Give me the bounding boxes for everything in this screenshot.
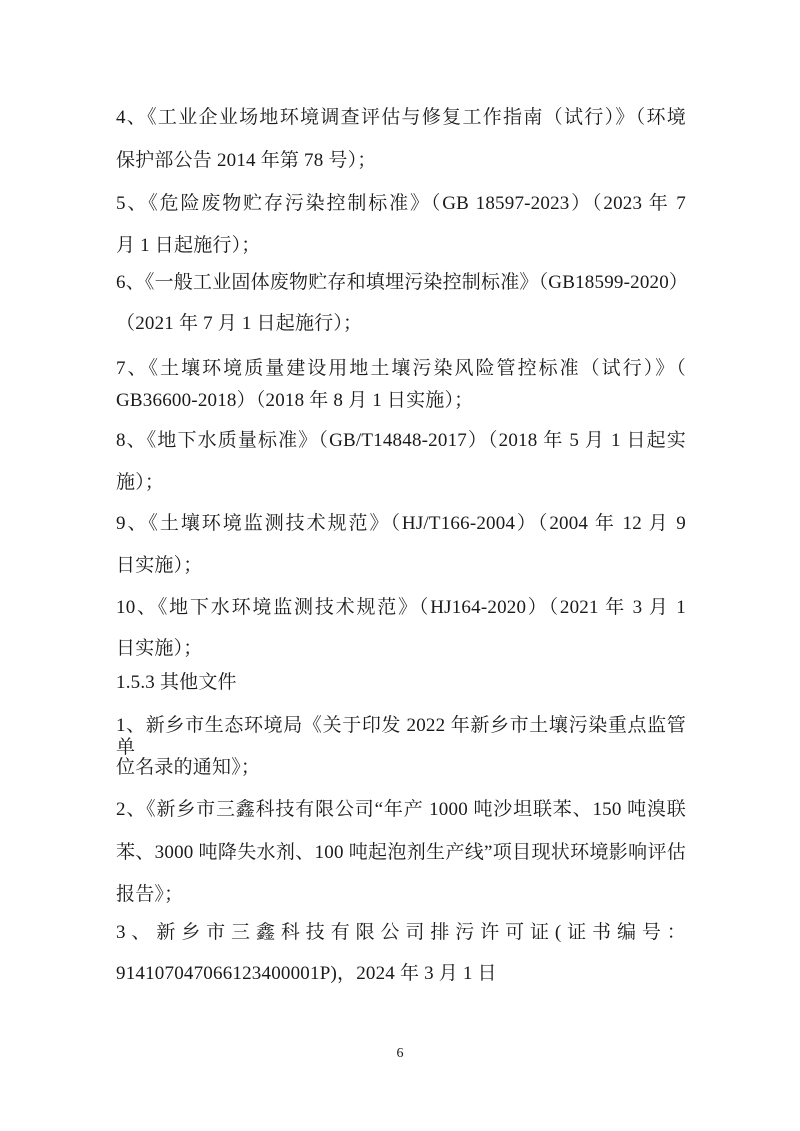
document-line: （2021 年 7 月 1 日起施行）；	[116, 313, 686, 335]
page-number: 6	[0, 1046, 800, 1062]
document-line: 3、新乡市三鑫科技有限公司排污许可证(证书编号：	[116, 922, 686, 944]
document-line: 1.5.3 其他文件	[116, 672, 686, 694]
document-line: 10、《地下水环境监测技术规范》（HJ164-2020）（2021 年 3 月 …	[116, 597, 686, 619]
document-line: 位名录的通知》；	[116, 757, 686, 779]
document-line: 9、《土壤环境监测技术规范》（HJ/T166-2004）（2004 年 12 月…	[116, 513, 686, 535]
document-page: 4、《工业企业场地环境调查评估与修复工作指南（试行）》（环境保护部公告 2014…	[0, 0, 800, 1131]
document-line: 报告》；	[116, 884, 686, 906]
document-line: GB36600-2018）（2018 年 8 月 1 日实施）；	[116, 390, 686, 412]
document-line: 6、《一般工业固体废物贮存和填埋污染控制标准》（GB18599-2020）	[116, 272, 686, 294]
document-line: 7、《土壤环境质量建设用地土壤污染风险管控标准（试行）》（	[116, 358, 686, 380]
document-line: 914107047066123400001P)，2024 年 3 月 1 日	[116, 963, 686, 985]
document-line: 日实施）；	[116, 638, 686, 660]
document-line: 4、《工业企业场地环境调查评估与修复工作指南（试行）》（环境	[116, 107, 686, 129]
document-line: 月 1 日起施行）；	[116, 235, 686, 257]
document-line: 8、《地下水质量标准》（GB/T14848-2017）（2018 年 5 月 1…	[116, 430, 686, 452]
document-line: 日实施）；	[116, 555, 686, 577]
document-line: 5、《危险废物贮存污染控制标准》（GB 18597-2023）（2023 年 7	[116, 193, 686, 215]
document-line: 苯、3000 吨降失水剂、100 吨起泡剂生产线”项目现状环境影响评估	[116, 842, 686, 864]
document-body: 4、《工业企业场地环境调查评估与修复工作指南（试行）》（环境保护部公告 2014…	[0, 0, 800, 1131]
document-line: 1、新乡市生态环境局《关于印发 2022 年新乡市土壤污染重点监管单	[116, 715, 686, 759]
document-line: 2、《新乡市三鑫科技有限公司“年产 1000 吨沙坦联苯、150 吨溴联	[116, 799, 686, 821]
document-line: 保护部公告 2014 年第 78 号）；	[116, 150, 686, 172]
document-line: 施）；	[116, 472, 686, 494]
